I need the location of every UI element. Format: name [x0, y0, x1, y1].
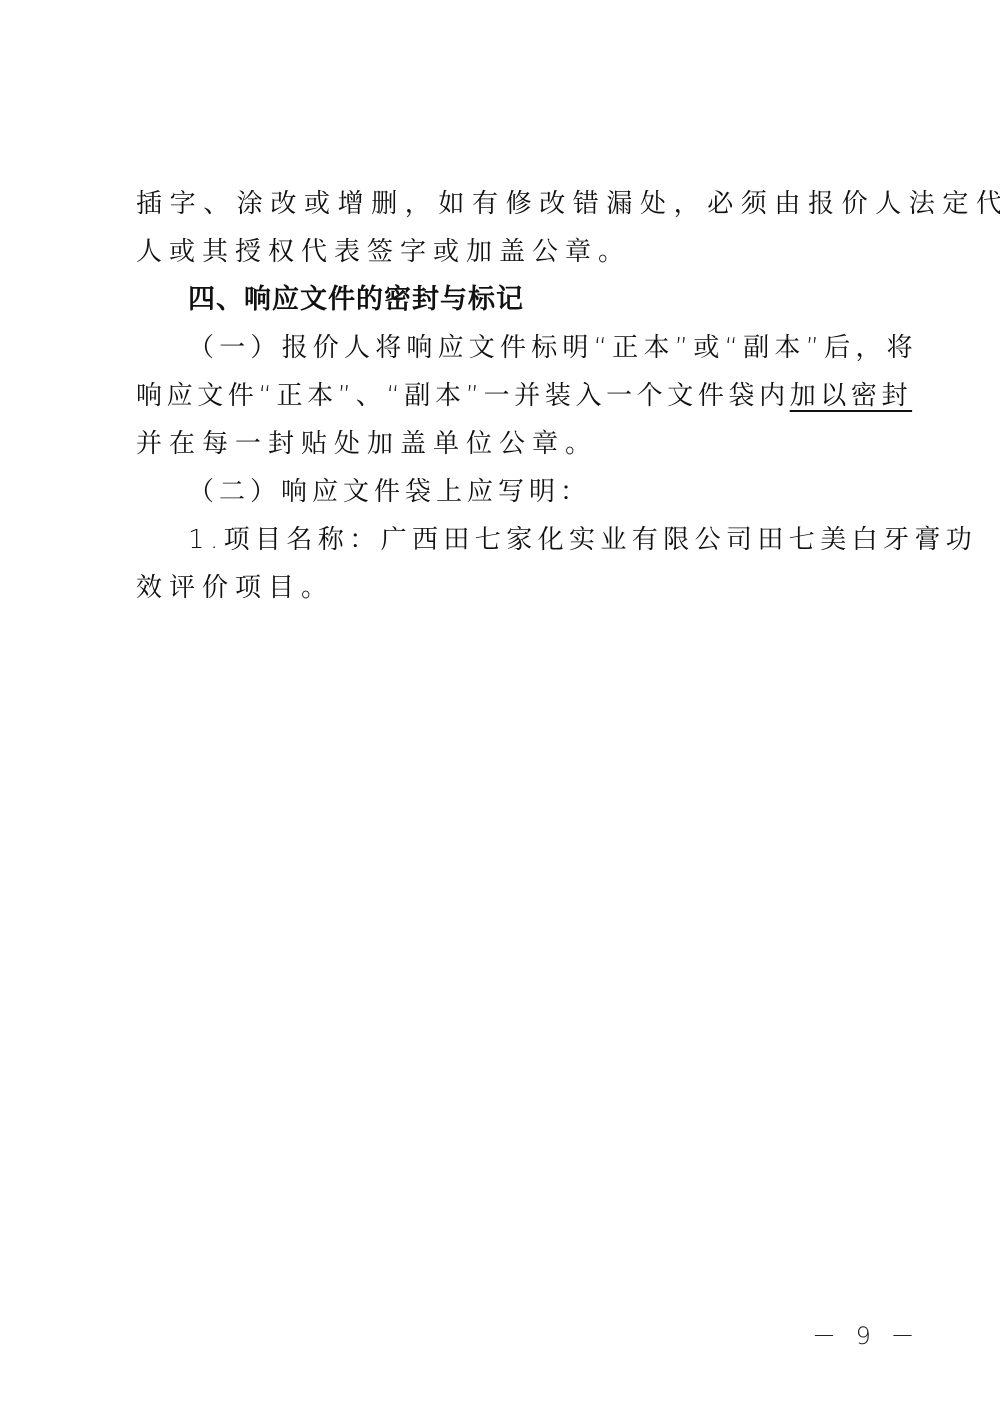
paragraph-line: （一）报价人将响应文件标明“正本”或“副本”后，将 — [136, 324, 866, 372]
document-body: 插字、涂改或增删，如有修改错漏处，必须由报价人法定代表 人或其授权代表签字或加盖… — [136, 180, 866, 612]
section-heading: 四、响应文件的密封与标记 — [136, 276, 866, 324]
paragraph-line: （二）响应文件袋上应写明： — [136, 468, 866, 516]
text-span: 响应文件“正本”、“副本”一并装入一个文件袋内 — [136, 381, 790, 411]
document-page: 插字、涂改或增删，如有修改错漏处，必须由报价人法定代表 人或其授权代表签字或加盖… — [0, 0, 1000, 1414]
paragraph-line: 人或其授权代表签字或加盖公章。 — [136, 228, 866, 276]
paragraph-line: 插字、涂改或增删，如有修改错漏处，必须由报价人法定代表 — [136, 180, 866, 228]
list-item-line: 1.项目名称：广西田七家化实业有限公司田七美白牙膏功 — [136, 516, 866, 564]
underlined-text: 加以密封 — [790, 381, 912, 411]
paragraph-line: 并在每一封贴处加盖单位公章。 — [136, 420, 866, 468]
paragraph-line: 响应文件“正本”、“副本”一并装入一个文件袋内加以密封 — [136, 372, 866, 420]
page-number: － 9 － — [812, 1316, 921, 1351]
list-item-line: 效评价项目。 — [136, 564, 866, 612]
